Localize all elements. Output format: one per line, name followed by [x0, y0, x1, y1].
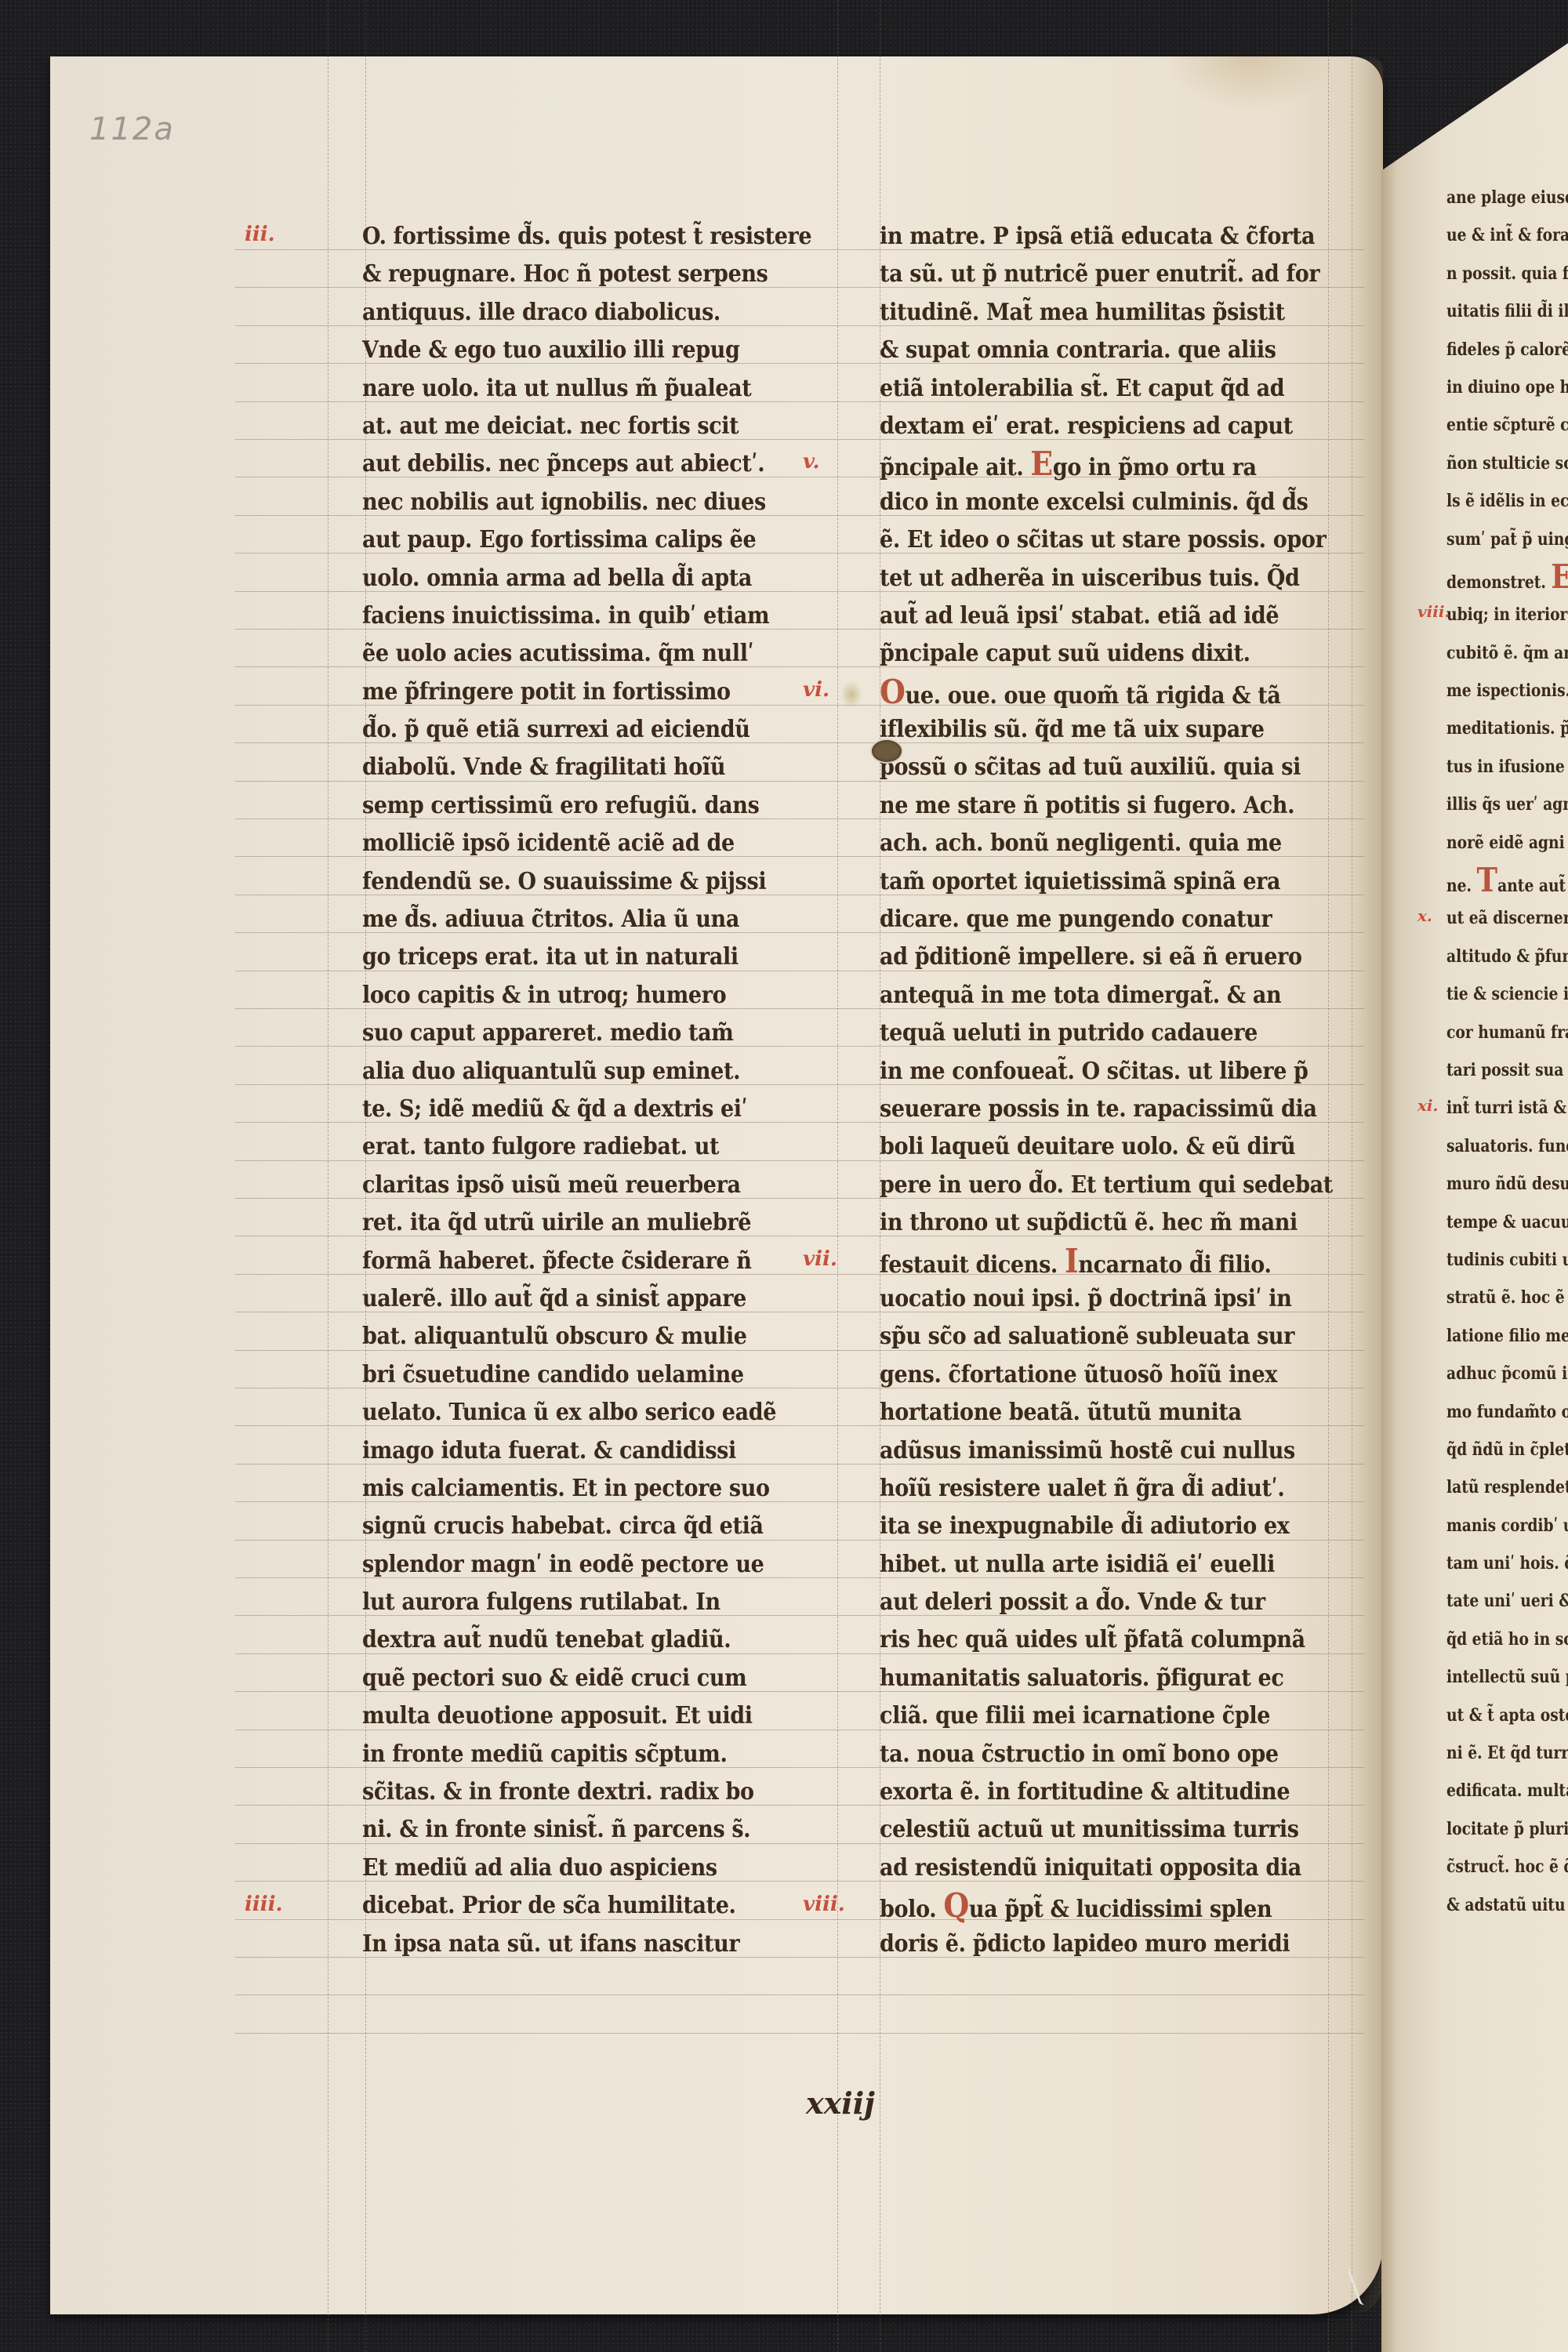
marginal-numeral: v.	[803, 450, 820, 474]
folio-number: 112a	[89, 111, 175, 147]
text-line: boli laqueũ deuitare uolo. & eũ dirũ	[880, 1128, 1289, 1166]
text-line: possũ o sc̃itas ad tuũ auxiliũ. quia …	[880, 749, 1289, 786]
text-line: ni ẽ. Et q̃d turris h	[1446, 1734, 1566, 1772]
text-line: bri c̃suetudine candido uelamine	[362, 1356, 800, 1394]
text-line: c̃struct̃. hoc ẽ q̃d e	[1446, 1848, 1566, 1886]
text-line: tequã ueluti in putrido cadauere	[880, 1014, 1289, 1052]
text-line: alia duo aliquantulũ sup eminet.	[362, 1053, 800, 1091]
text-line: ẽe uolo acies acutissima. q̃m nullʹ	[362, 635, 800, 673]
text-line: ubiq; in iteriori par	[1446, 596, 1566, 633]
text-line: at. aut me deiciat. nec fortis scit	[362, 408, 800, 445]
text-line: aut debilis. nec p̃nceps aut abiectʹ.	[362, 445, 800, 483]
text-line: in throno ut sup̃dictũ ẽ. hec m̃ mani	[880, 1204, 1289, 1242]
text-line: bat. aliquantulũ obscuro & mulie	[362, 1318, 800, 1356]
text-line: ualerẽ. illo aut̃ q̃d a sinist̃ appare	[362, 1280, 800, 1318]
text-line: q̃d etiã ho in scient	[1446, 1621, 1566, 1658]
text-line: hoĩũ resistere ualet ñ g̃ra d̃i adiut…	[880, 1470, 1289, 1508]
text-line: int̃ turri istã & col	[1446, 1089, 1566, 1127]
text-line: quẽ pectori suo & eidẽ cruci cum	[362, 1660, 800, 1697]
text-line: ris hec quã uides ult̃ p̃fatã columpna…	[880, 1621, 1289, 1659]
text-line: n possit. quia ferre	[1446, 255, 1566, 292]
text-line: go triceps erat. ita ut in naturali	[362, 938, 800, 976]
text-line: lut aurora fulgens rutilabat. In	[362, 1584, 800, 1621]
text-line: ita se inexpugnabile d̃i adiutorio ex	[880, 1508, 1289, 1545]
text-line: doris ẽ. p̃dicto lapideo muro meridi	[880, 1926, 1289, 1963]
ruling-line	[328, 0, 329, 2352]
text-line: loco capitis & in utroq; humero	[362, 977, 800, 1014]
text-line: exorta ẽ. in fortitudine & altitudine	[880, 1773, 1289, 1811]
text-line: tari possit sua estim	[1446, 1051, 1566, 1089]
text-line: humanitatis saluatoris. p̃figurat ec	[880, 1660, 1289, 1697]
text-line: ut eã discernere ne	[1446, 899, 1566, 937]
text-line: in fronte mediũ capitis sc̃ptum.	[362, 1736, 800, 1773]
text-line: tam̃ oportet iquietissimã spinã era	[880, 863, 1289, 901]
text-line: uolo. omnia arma ad bella d̃i apta	[362, 560, 800, 597]
text-line: fideles p̃ calorẽ sp̃c	[1446, 331, 1566, 368]
text-line: & supat omnia contraria. que aliis	[880, 332, 1289, 369]
marginal-numeral: iiii.	[245, 1893, 283, 1916]
text-line: muro ñdũ desup ec	[1446, 1165, 1566, 1203]
text-line: ñon stulticie scla	[1446, 445, 1566, 482]
text-line: nare uolo. ita ut nullus m̃ p̃ualeat	[362, 370, 800, 408]
water-stain	[1163, 56, 1336, 111]
text-line: multa deuotione apposuit. Et uidi	[362, 1697, 800, 1735]
text-line: in diuino ope habe	[1446, 368, 1566, 406]
text-line: sc̃itas. & in fronte dextri. radix bo	[362, 1773, 800, 1811]
text-line: adũsus imanissimũ hostẽ cui nullus	[880, 1432, 1289, 1470]
text-line: mo fundam̃to occ	[1446, 1393, 1566, 1431]
rubricated-initial: I	[1065, 1242, 1078, 1280]
text-line: demonstret. Et	[1446, 558, 1566, 596]
text-line: faciens inuictissima. in quibʹ etiam	[362, 597, 800, 635]
text-line: bolo. Qua p̃pt̃ & lucidissimi splen	[880, 1887, 1289, 1925]
marginal-numeral: iii.	[245, 223, 275, 246]
marginal-numeral: x.	[1417, 906, 1432, 925]
text-line: latione filio meo a	[1446, 1317, 1566, 1355]
text-line: imago iduta fuerat. & candidissi	[362, 1432, 800, 1470]
text-line: tudinis cubiti uniʹ.	[1446, 1241, 1566, 1279]
text-line: norẽ eidẽ agni uid	[1446, 824, 1566, 862]
text-line: dextam eiʹ erat. respiciens ad caput	[880, 408, 1289, 445]
text-line: ne. Tante aut̃ al	[1446, 862, 1566, 899]
text-line: me p̃fringere potit in fortissimo	[362, 673, 800, 711]
text-line: ta. noua c̃structio in omĩ bono ope	[880, 1736, 1289, 1773]
text-line: Vnde & ego tuo auxilio illi repug	[362, 332, 800, 369]
text-line: iflexibilis sũ. q̃d me tã uix supare	[880, 711, 1289, 749]
text-line: stratũ ẽ. hoc ẽ q̃d d	[1446, 1279, 1566, 1316]
text-line: q̃d ñdũ in c̃pleto	[1446, 1431, 1566, 1468]
text-line: hibet. ut nulla arte isidiã eiʹ euelli	[880, 1546, 1289, 1584]
text-line: ut & t̃ apta ostens	[1446, 1697, 1566, 1734]
quire-signature: xxiij	[806, 2085, 875, 2121]
rubricated-initial: O	[880, 673, 906, 711]
rubricated-initial: E	[1551, 557, 1568, 596]
marginal-numeral: vi.	[803, 678, 829, 702]
text-line: erat. tanto fulgore radiebat. ut	[362, 1128, 800, 1166]
text-line: saluatoris. fundam̃	[1446, 1127, 1566, 1165]
text-line: dico in monte excelsi culminis. q̃d d̃s	[880, 484, 1289, 521]
text-line: dicebat. Prior de sc̃a humilitate.	[362, 1887, 800, 1925]
text-line: dicare. que me pungendo conatur	[880, 901, 1289, 938]
text-line: d̃o. p̃ quẽ etiã surrexi ad eiciendũ	[362, 711, 800, 749]
text-line: aut paup. Ego fortissima calips ẽe	[362, 521, 800, 559]
text-line: altitudo & p̃funditas	[1446, 938, 1566, 975]
text-line: uelato. Tunica ũ ex albo serico eadẽ	[362, 1394, 800, 1432]
stain	[840, 681, 862, 709]
marginal-numeral: vii.	[803, 1247, 837, 1271]
text-line: antiquus. ille draco diabolicus.	[362, 294, 800, 332]
text-line: uocatio noui ipsi. p̃ doctrinã ipsiʹ in	[880, 1280, 1289, 1318]
text-line: Oue. oue. oue quom̃ tã rigida & tã	[880, 673, 1289, 711]
text-line: nec nobilis aut ignobilis. nec diues	[362, 484, 800, 521]
text-line: tempe & uacuus loc	[1446, 1203, 1566, 1241]
text-line: gens. c̃fortatione ũtuosõ hoĩũ inex	[880, 1356, 1289, 1394]
text-line: aut̃ ad leuã ipsiʹ stabat. etiã ad ide…	[880, 597, 1289, 635]
text-line: etiã intolerabilia st̃. Et caput q̃d ad	[880, 370, 1289, 408]
text-line: ne me stare ñ potitis si fugero. Ach.	[880, 787, 1289, 825]
text-line: edificata. multa t	[1446, 1772, 1566, 1809]
facing-page-text: ane plage eiusdẽ ecliue & int̃ & foras …	[1446, 179, 1568, 1924]
ruling-line	[235, 1994, 1364, 1995]
text-line: ue & int̃ & foras u	[1446, 216, 1566, 254]
text-line: cubitõ ẽ. q̃m amp	[1446, 634, 1566, 672]
text-line: in matre. P ipsã etiã educata & c̃fort…	[880, 218, 1289, 256]
text-line: tie & sciencie in ecc	[1446, 975, 1566, 1013]
text-line: seuerare possis in te. rapacissimũ dia	[880, 1091, 1289, 1128]
text-line: festauit dicens. Incarnato d̃i filio.	[880, 1243, 1289, 1280]
text-line: me ispectionis. & in	[1446, 672, 1566, 710]
text-line: sumʹ pat̃ p̃ uinge	[1446, 521, 1566, 558]
text-line: intellectũ suũ potes	[1446, 1658, 1566, 1696]
marginal-numeral: viii.	[1417, 602, 1450, 621]
text-line: uitatis filii d̃i illu	[1446, 292, 1566, 330]
text-line: molliciẽ ipsõ icidentẽ aciẽ ad de	[362, 825, 800, 862]
text-line: dextra aut̃ nudũ tenebat gladiũ.	[362, 1621, 800, 1659]
marginal-numeral: viii.	[803, 1893, 845, 1916]
text-line: diabolũ. Vnde & fragilitati hoĩũ	[362, 749, 800, 786]
text-line: ẽ. Et ideo o sc̃itas ut stare possis. o…	[880, 521, 1289, 559]
ruling-line	[1352, 0, 1353, 2352]
text-line: adhuc p̃comũ in s	[1446, 1355, 1566, 1392]
text-line: fendendũ se. O suauissime & pijssi	[362, 863, 800, 901]
text-line: locitate p̃ plurim	[1446, 1810, 1566, 1848]
text-line: claritas ipsõ uisũ meũ reuerbera	[362, 1167, 800, 1204]
rubricated-initial: Q	[943, 1886, 969, 1925]
rubricated-initial: E	[1030, 445, 1052, 483]
text-line: & adstatũ uitu ñd	[1446, 1886, 1566, 1924]
text-line: illis q̃s uerʹ agni ei	[1446, 786, 1566, 823]
text-line: manis cordibʹ uaca	[1446, 1507, 1566, 1544]
text-line: entie sc̃pturẽ celo	[1446, 406, 1566, 444]
text-line: tet ut adherẽa in uisceribus tuis. Q̃d	[880, 560, 1289, 597]
text-line: titudinẽ. Mat̃ mea humilitas p̃sistit	[880, 294, 1289, 332]
text-column-b: in matre. P ipsã etiã educata & c̃fort…	[880, 218, 1334, 1963]
text-line: meditationis. p̃ q̃m	[1446, 710, 1566, 747]
text-column-a: O. fortissime d̃s. quis potest t̃ resist…	[362, 218, 848, 1963]
text-line: splendor magnʹ in eodẽ pectore ue	[362, 1546, 800, 1584]
text-line: ach. ach. bonũ negligenti. quia me	[880, 825, 1289, 862]
text-line: signũ crucis habebat. circa q̃d etiã	[362, 1508, 800, 1545]
text-line: ls ẽ idẽlis in ec	[1446, 482, 1566, 520]
text-line: hortatione beatã. ũtutũ munita	[880, 1394, 1289, 1432]
text-line: p̃ncipale ait. Ego in p̃mo ortu ra	[880, 445, 1289, 483]
text-line: O. fortissime d̃s. quis potest t̃ resist…	[362, 218, 800, 256]
ruling-line	[235, 2033, 1364, 2034]
text-line: in me confoueat̃. O sc̃itas. ut libere p…	[880, 1053, 1289, 1091]
text-line: celestiũ actuũ ut munitissima turris	[880, 1811, 1289, 1849]
text-line: te. S; idẽ mediũ & q̃d a dextris eiʹ	[362, 1091, 800, 1128]
text-line: pere in uero d̃o. Et tertium qui sedebat	[880, 1167, 1289, 1204]
rubricated-initial: T	[1477, 861, 1498, 899]
text-line: tam uniʹ hois. q̃m s	[1446, 1544, 1566, 1582]
text-line: ni. & in fronte sinist̃. ñ parcens s̃.	[362, 1811, 800, 1849]
text-line: mis calciamentis. Et in pectore suo	[362, 1470, 800, 1508]
text-line: suo caput appareret. medio tam̃	[362, 1014, 800, 1052]
text-line: & repugnare. Hoc ñ potest serpens	[362, 256, 800, 293]
text-line: tus in ifusione sp̃c	[1446, 748, 1566, 786]
text-line: formã haberet. p̃fecte c̃siderare ñ	[362, 1243, 800, 1280]
text-line: ad resistendũ iniquitati opposita dia	[880, 1849, 1289, 1887]
text-line: ta sũ. ut p̃ nutricẽ puer enutrit̃. ad…	[880, 256, 1289, 293]
text-line: cliã. que filii mei icarnatione c̃ple	[880, 1697, 1289, 1735]
text-line: semp certissimũ ero refugiũ. dans	[362, 787, 800, 825]
text-line: sp̃u sc̃o ad saluationẽ subleuata sur	[880, 1318, 1289, 1356]
text-line: antequã in me tota dimergat̃. & an	[880, 977, 1289, 1014]
parchment-hole	[872, 740, 902, 762]
text-line: Et mediũ ad alia duo aspiciens	[362, 1849, 800, 1887]
text-line: ane plage eiusdẽ ecli	[1446, 179, 1566, 216]
text-line: tate uniʹ ueri & om	[1446, 1582, 1566, 1620]
text-line: cor humanũ fragi	[1446, 1014, 1566, 1051]
text-line: me d̃s. adiuua c̃tritos. Alia ũ una	[362, 901, 800, 938]
text-line: p̃ncipale caput suũ uidens dixit.	[880, 635, 1289, 673]
text-line: aut deleri possit a d̃o. Vnde & tur	[880, 1584, 1289, 1621]
marginal-numeral: xi.	[1417, 1096, 1438, 1115]
text-line: ad p̃ditionẽ impellere. si eã ñ eruer…	[880, 938, 1289, 976]
text-line: In ipsa nata sũ. ut ifans nascitur	[362, 1926, 800, 1963]
text-line: latũ resplendet. s; s	[1446, 1468, 1566, 1506]
text-line: ret. ita q̃d utrũ uirile an muliebrẽ	[362, 1204, 800, 1242]
